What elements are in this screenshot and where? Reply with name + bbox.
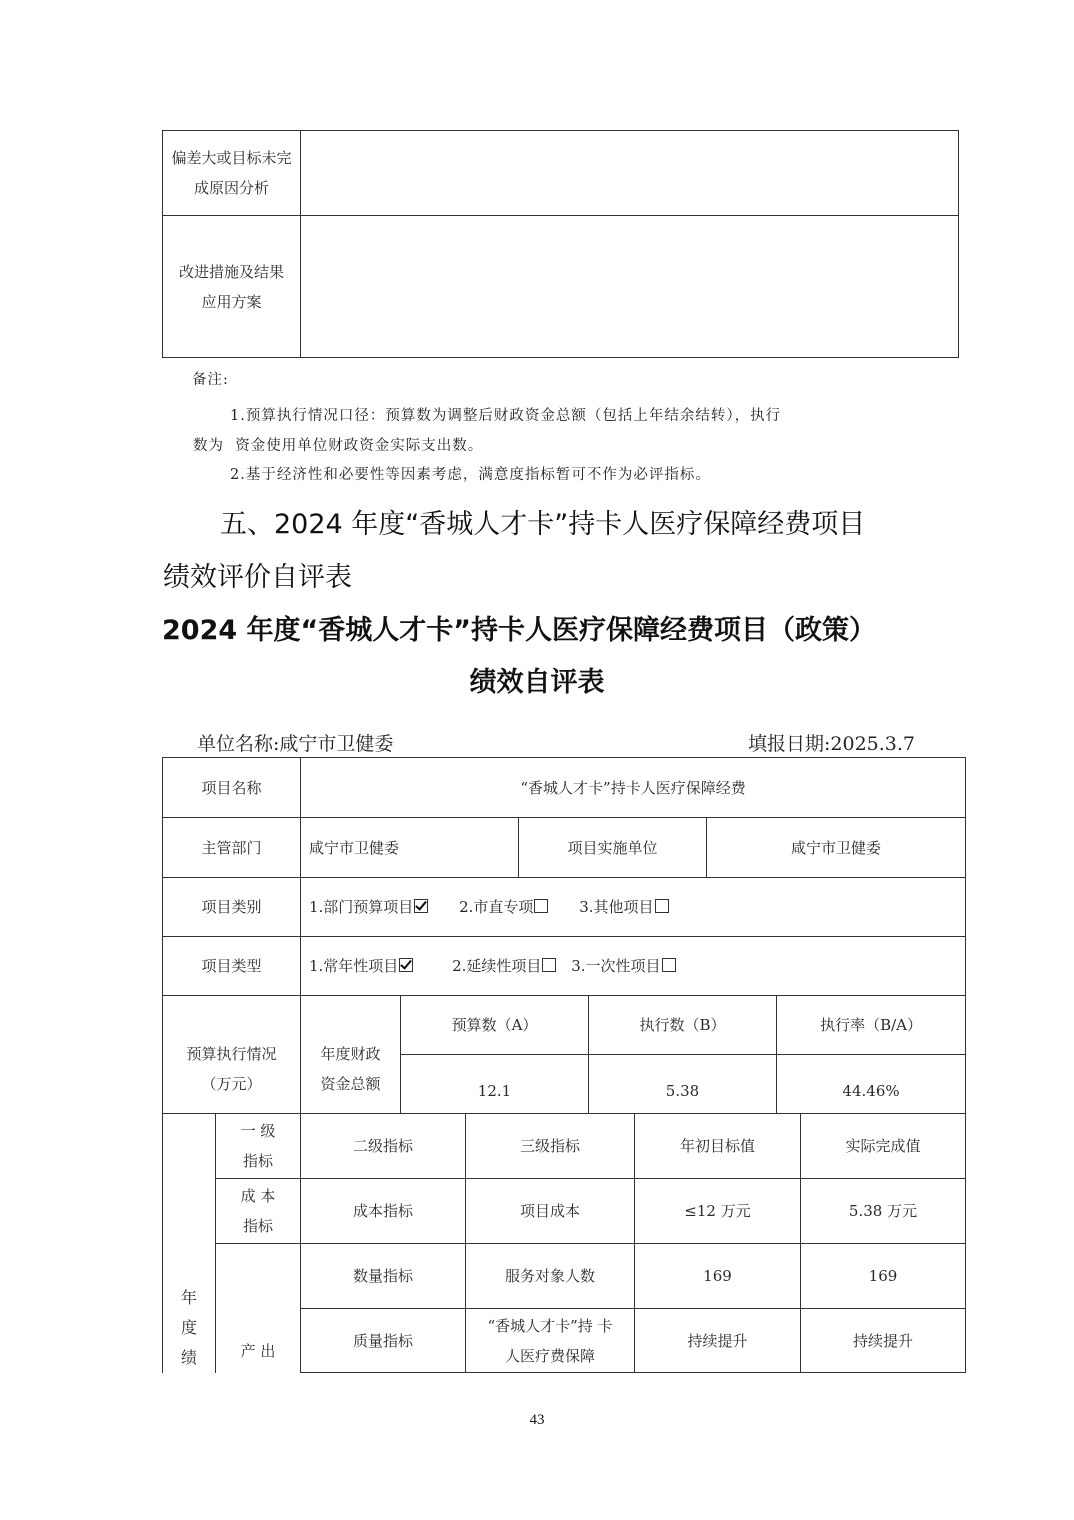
category-option-2[interactable]: 2.市直专项 — [459, 898, 548, 916]
section-heading-line-1: 五、2024 年度“香城人才卡”持卡人医疗保障经费项目 — [220, 502, 865, 541]
project-name-label: 项目名称 — [163, 758, 301, 818]
notes-heading: 备注: — [192, 368, 229, 389]
deviation-label: 偏差大或目标未完 成原因分析 — [163, 131, 301, 216]
table-row: 项目类型 1.常年性项目 2.延续性项目 3.一次性项目 — [163, 937, 966, 996]
checkbox-checked-icon[interactable] — [399, 958, 413, 972]
page-number: 43 — [0, 1412, 1074, 1429]
budget-exec-label: 预算执行情况 （万元） — [163, 996, 301, 1114]
impl-unit-value: 咸宁市卫健委 — [707, 818, 966, 878]
improvement-label: 改进措施及结果 应用方案 — [163, 216, 301, 358]
budget-header-a: 预算数（A） — [401, 996, 589, 1055]
report-date-label: 填报日期: — [748, 733, 830, 755]
note-item-2: 2.基于经济性和必要性等因素考虑，满意度指标暂可不作为必评指标。 — [230, 463, 711, 484]
level3-quality: “香城人才卡”持 卡 人医疗费保障 — [466, 1309, 635, 1373]
level1-output: 产 出 — [216, 1244, 301, 1373]
level2-header: 二级指标 — [301, 1114, 466, 1179]
type-option-1[interactable]: 1.常年性项目 — [309, 957, 413, 975]
checkbox-empty-icon[interactable] — [534, 899, 548, 913]
actual-header: 实际完成值 — [801, 1114, 966, 1179]
budget-value-a: 12.1 — [401, 1055, 589, 1114]
category-options: 1.部门预算项目 2.市直专项 3.其他项目 — [301, 878, 966, 937]
level1-cost: 成 本 指标 — [216, 1179, 301, 1244]
budget-value-b: 5.38 — [589, 1055, 777, 1114]
type-option-2[interactable]: 2.延续性项目 — [452, 957, 556, 975]
table-row: 偏差大或目标未完 成原因分析 — [163, 131, 959, 216]
unit-name-value: 咸宁市卫健委 — [279, 733, 393, 755]
annual-fund-label: 年度财政 资金总额 — [301, 996, 401, 1114]
type-label: 项目类型 — [163, 937, 301, 996]
improvement-content[interactable] — [301, 216, 959, 358]
budget-header-b: 执行数（B） — [589, 996, 777, 1055]
type-option-3[interactable]: 3.一次性项目 — [571, 957, 675, 975]
note-item-1-line-1: 1.预算执行情况口径：预算数为调整后财政资金总额（包括上年结余结转），执行 — [230, 404, 781, 425]
level3-header: 三级指标 — [466, 1114, 635, 1179]
checkbox-empty-icon[interactable] — [655, 899, 669, 913]
actual-cost: 5.38 万元 — [801, 1179, 966, 1244]
deviation-content[interactable] — [301, 131, 959, 216]
note-item-1-line-2: 数为 资金使用单位财政资金实际支出数。 — [193, 434, 483, 455]
table-row: 预算执行情况 （万元） 年度财政 资金总额 预算数（A） 执行数（B） 执行率（… — [163, 996, 966, 1055]
form-title-line-2: 绩效自评表 — [0, 660, 1074, 699]
target-cost: ≤12 万元 — [635, 1179, 801, 1244]
level3-cost: 项目成本 — [466, 1179, 635, 1244]
category-option-1[interactable]: 1.部门预算项目 — [309, 898, 428, 916]
table-row: 项目名称 “香城人才卡”持卡人医疗保障经费 — [163, 758, 966, 818]
table-row: 项目类别 1.部门预算项目 2.市直专项 3.其他项目 — [163, 878, 966, 937]
unit-name-label: 单位名称: — [197, 733, 279, 755]
project-info-table: 项目名称 “香城人才卡”持卡人医疗保障经费 主管部门 咸宁市卫健委 项目实施单位… — [162, 757, 966, 1114]
level1-header: 一 级 指标 — [216, 1114, 301, 1179]
target-header: 年初目标值 — [635, 1114, 801, 1179]
budget-value-rate: 44.46% — [777, 1055, 966, 1114]
report-date: 填报日期:2025.3.7 — [748, 729, 915, 756]
checkbox-checked-icon[interactable] — [414, 899, 428, 913]
section-heading-line-2: 绩效评价自评表 — [163, 555, 352, 594]
level2-quantity: 数量指标 — [301, 1244, 466, 1309]
unit-name: 单位名称:咸宁市卫健委 — [197, 729, 393, 756]
category-option-3[interactable]: 3.其他项目 — [579, 898, 668, 916]
actual-quantity: 169 — [801, 1244, 966, 1309]
level2-cost: 成本指标 — [301, 1179, 466, 1244]
level2-quality: 质量指标 — [301, 1309, 466, 1373]
dept-value: 咸宁市卫健委 — [301, 818, 519, 878]
project-name-value: “香城人才卡”持卡人医疗保障经费 — [301, 758, 966, 818]
checkbox-empty-icon[interactable] — [662, 958, 676, 972]
deviation-table: 偏差大或目标未完 成原因分析 改进措施及结果 应用方案 — [162, 130, 959, 358]
table-row: 年 度 绩 一 级 指标 二级指标 三级指标 年初目标值 实际完成值 — [163, 1114, 966, 1179]
target-quality: 持续提升 — [635, 1309, 801, 1373]
table-row: 产 出 数量指标 服务对象人数 169 169 — [163, 1244, 966, 1309]
form-title-line-1: 2024 年度“香城人才卡”持卡人医疗保障经费项目（政策） — [162, 608, 876, 647]
dept-label: 主管部门 — [163, 818, 301, 878]
category-label: 项目类别 — [163, 878, 301, 937]
table-row: 主管部门 咸宁市卫健委 项目实施单位 咸宁市卫健委 — [163, 818, 966, 878]
impl-unit-label: 项目实施单位 — [519, 818, 707, 878]
budget-header-rate: 执行率（B/A） — [777, 996, 966, 1055]
report-date-value: 2025.3.7 — [830, 733, 915, 755]
level3-quantity: 服务对象人数 — [466, 1244, 635, 1309]
table-row: 成 本 指标 成本指标 项目成本 ≤12 万元 5.38 万元 — [163, 1179, 966, 1244]
target-quantity: 169 — [635, 1244, 801, 1309]
table-row: 改进措施及结果 应用方案 — [163, 216, 959, 358]
type-options: 1.常年性项目 2.延续性项目 3.一次性项目 — [301, 937, 966, 996]
actual-quality: 持续提升 — [801, 1309, 966, 1373]
indicators-table: 年 度 绩 一 级 指标 二级指标 三级指标 年初目标值 实际完成值 成 本 指… — [162, 1113, 966, 1373]
annual-performance-label: 年 度 绩 — [163, 1114, 216, 1373]
checkbox-empty-icon[interactable] — [542, 958, 556, 972]
